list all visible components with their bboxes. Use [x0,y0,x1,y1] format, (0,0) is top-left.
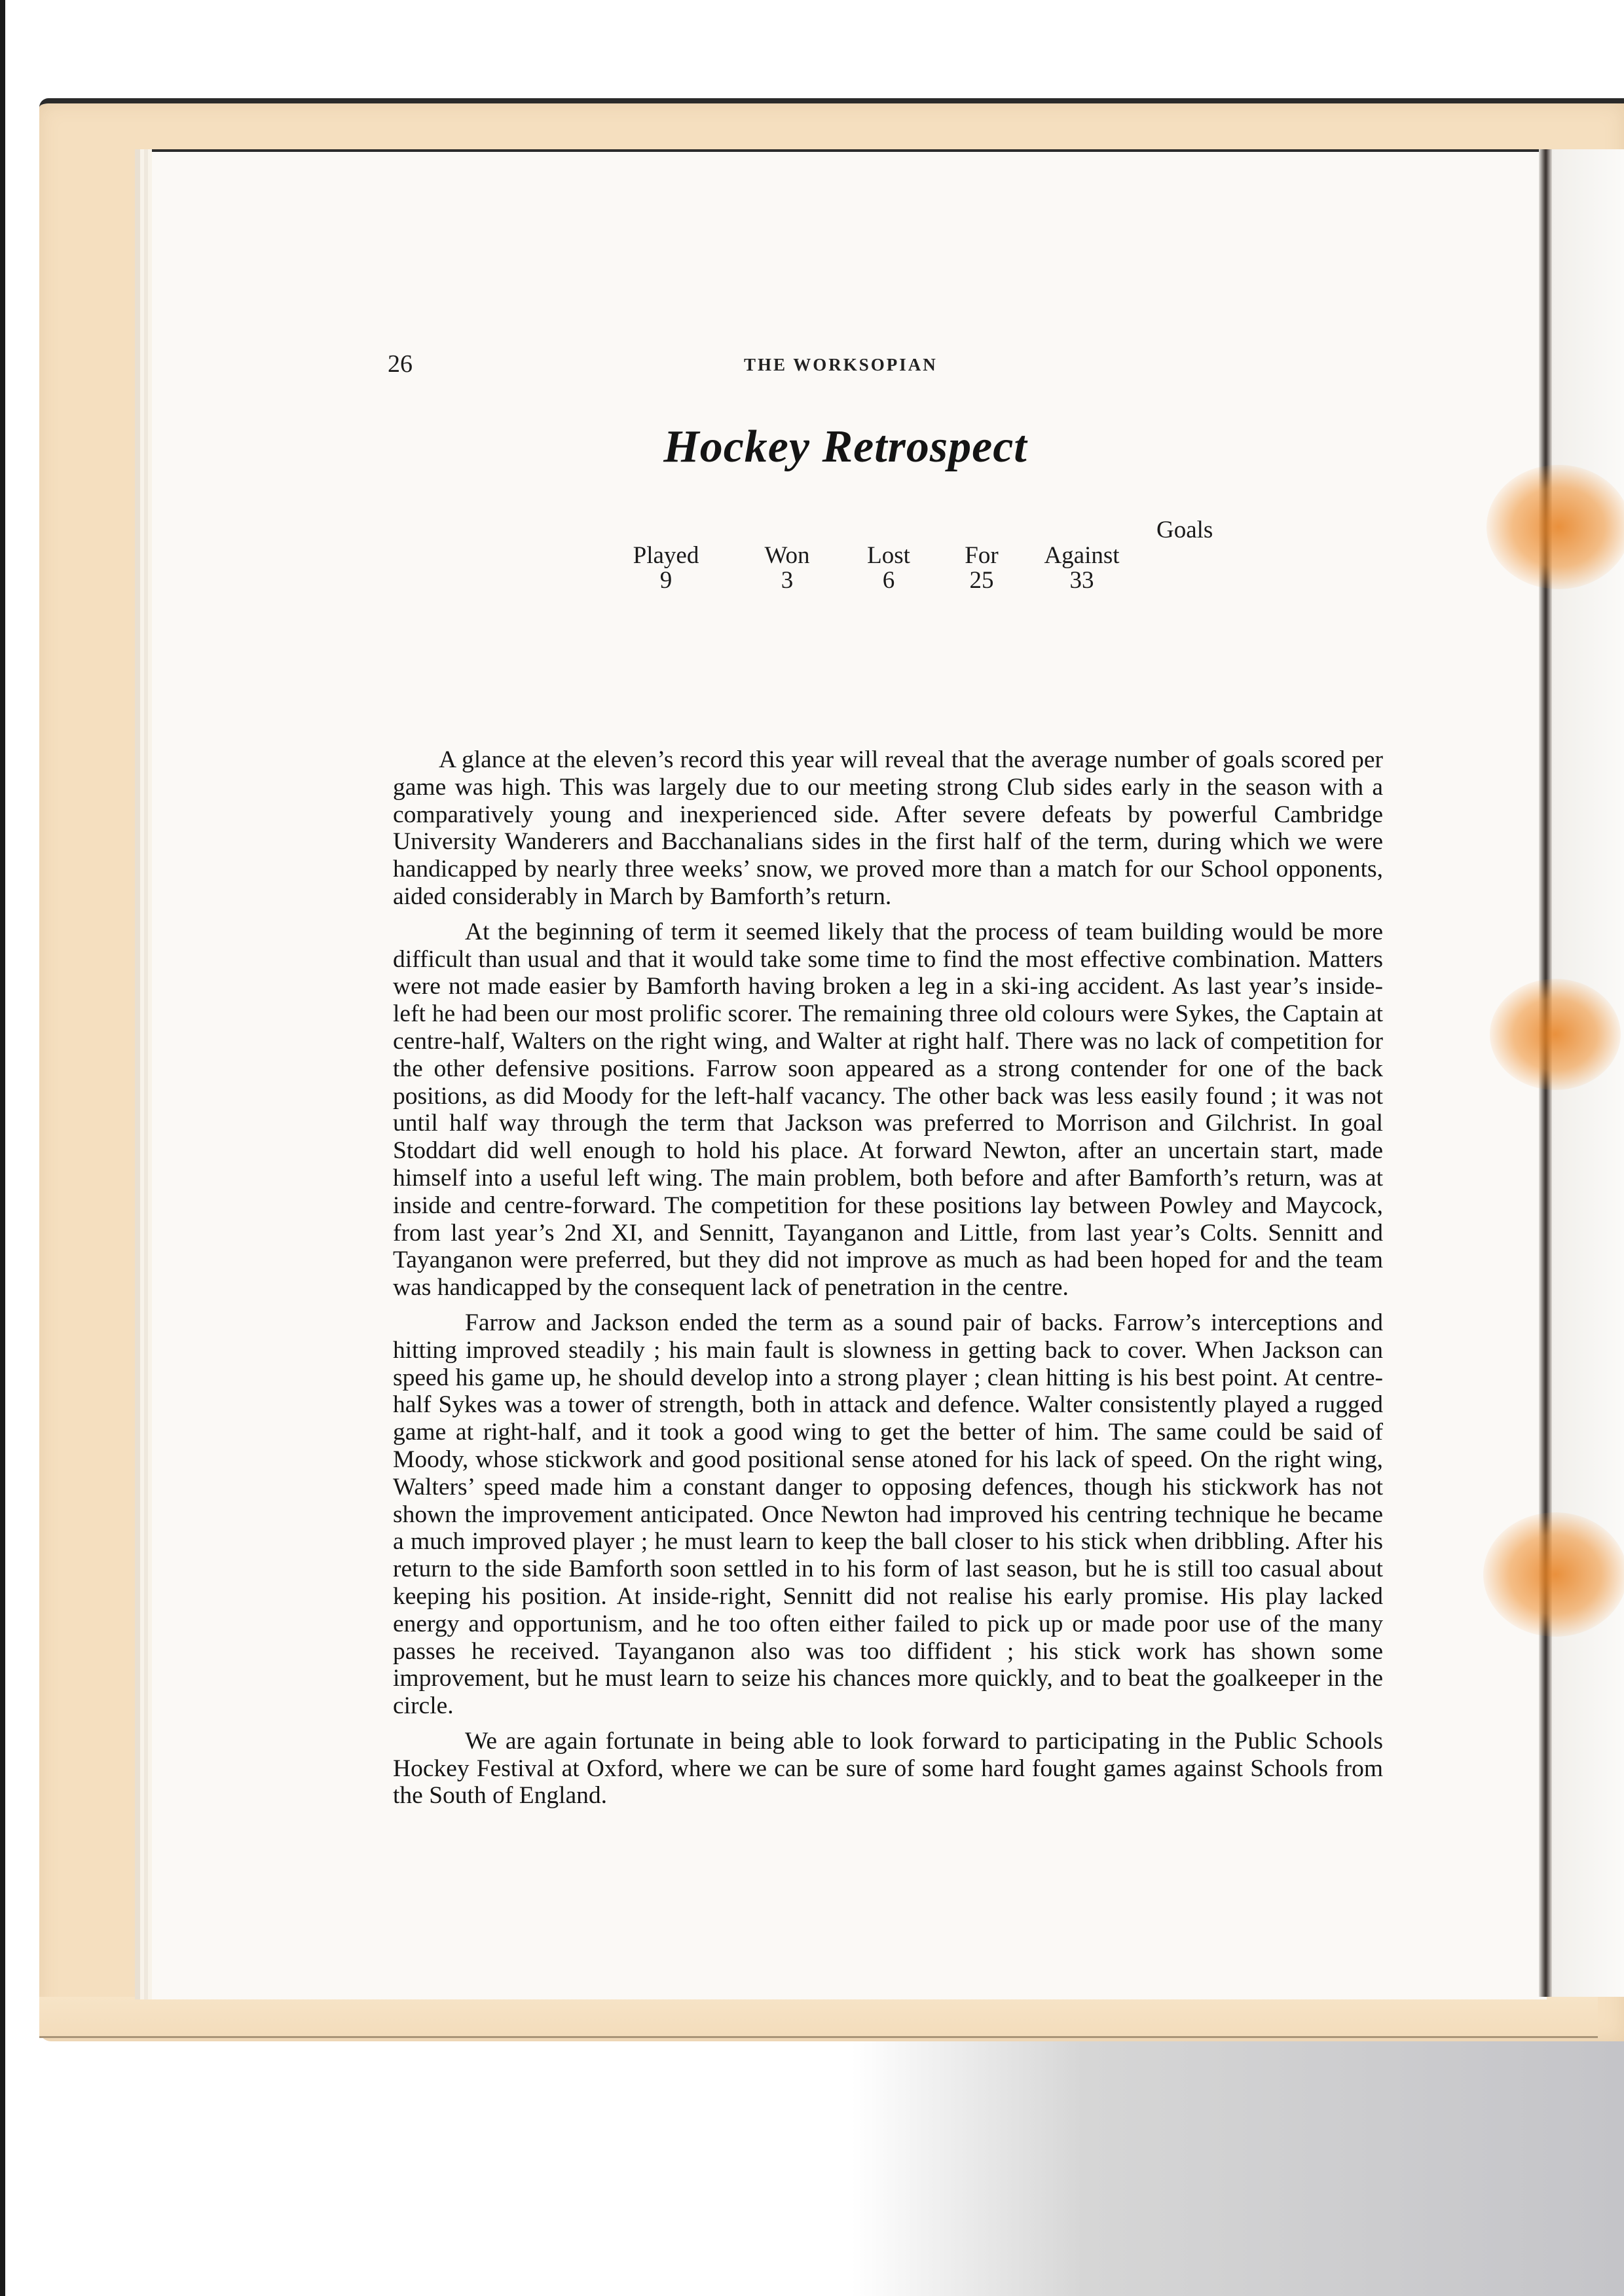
season-record-table: Goals Played 9 Won 3 Lost 6 For 25 Again… [623,516,1331,608]
record-label: Lost [856,543,921,568]
paragraph-2: At the beginning of term it seemed likel… [393,919,1383,1302]
record-value: 33 [1029,568,1134,593]
article-title: Hockey Retrospect [152,421,1539,473]
record-value: 3 [754,568,820,593]
record-label: Won [754,543,820,568]
record-column-goals-against: Against 33 [1029,543,1134,593]
record-column-won: Won 3 [754,543,820,593]
record-column-goals-for: For 25 [955,543,1008,593]
page-number: 26 [388,350,413,378]
document-page: 26 THE WORKSOPIAN Hockey Retrospect Goal… [152,149,1539,1997]
record-column-played: Played 9 [623,543,709,593]
record-column-lost: Lost 6 [856,543,921,593]
record-value: 25 [955,568,1008,593]
record-label: Against [1029,543,1134,568]
record-label: For [955,543,1008,568]
paragraph-4: We are again fortunate in being able to … [393,1728,1383,1810]
paragraph-3: Farrow and Jackson ended the term as a s… [393,1309,1383,1720]
article-body: A glance at the eleven’s record this yea… [393,746,1383,1817]
page-header: 26 THE WORKSOPIAN [388,350,1539,389]
goals-group-label: Goals [1156,516,1213,544]
record-value: 9 [623,568,709,593]
record-value: 6 [856,568,921,593]
record-label: Played [623,543,709,568]
book-cover-bottom-edge [39,1997,1598,2038]
paragraph-1: A glance at the eleven’s record this yea… [393,746,1383,911]
scan-shadow [851,2023,1624,2296]
scan-edge [0,0,5,2296]
running-head: THE WORKSOPIAN [744,355,938,375]
